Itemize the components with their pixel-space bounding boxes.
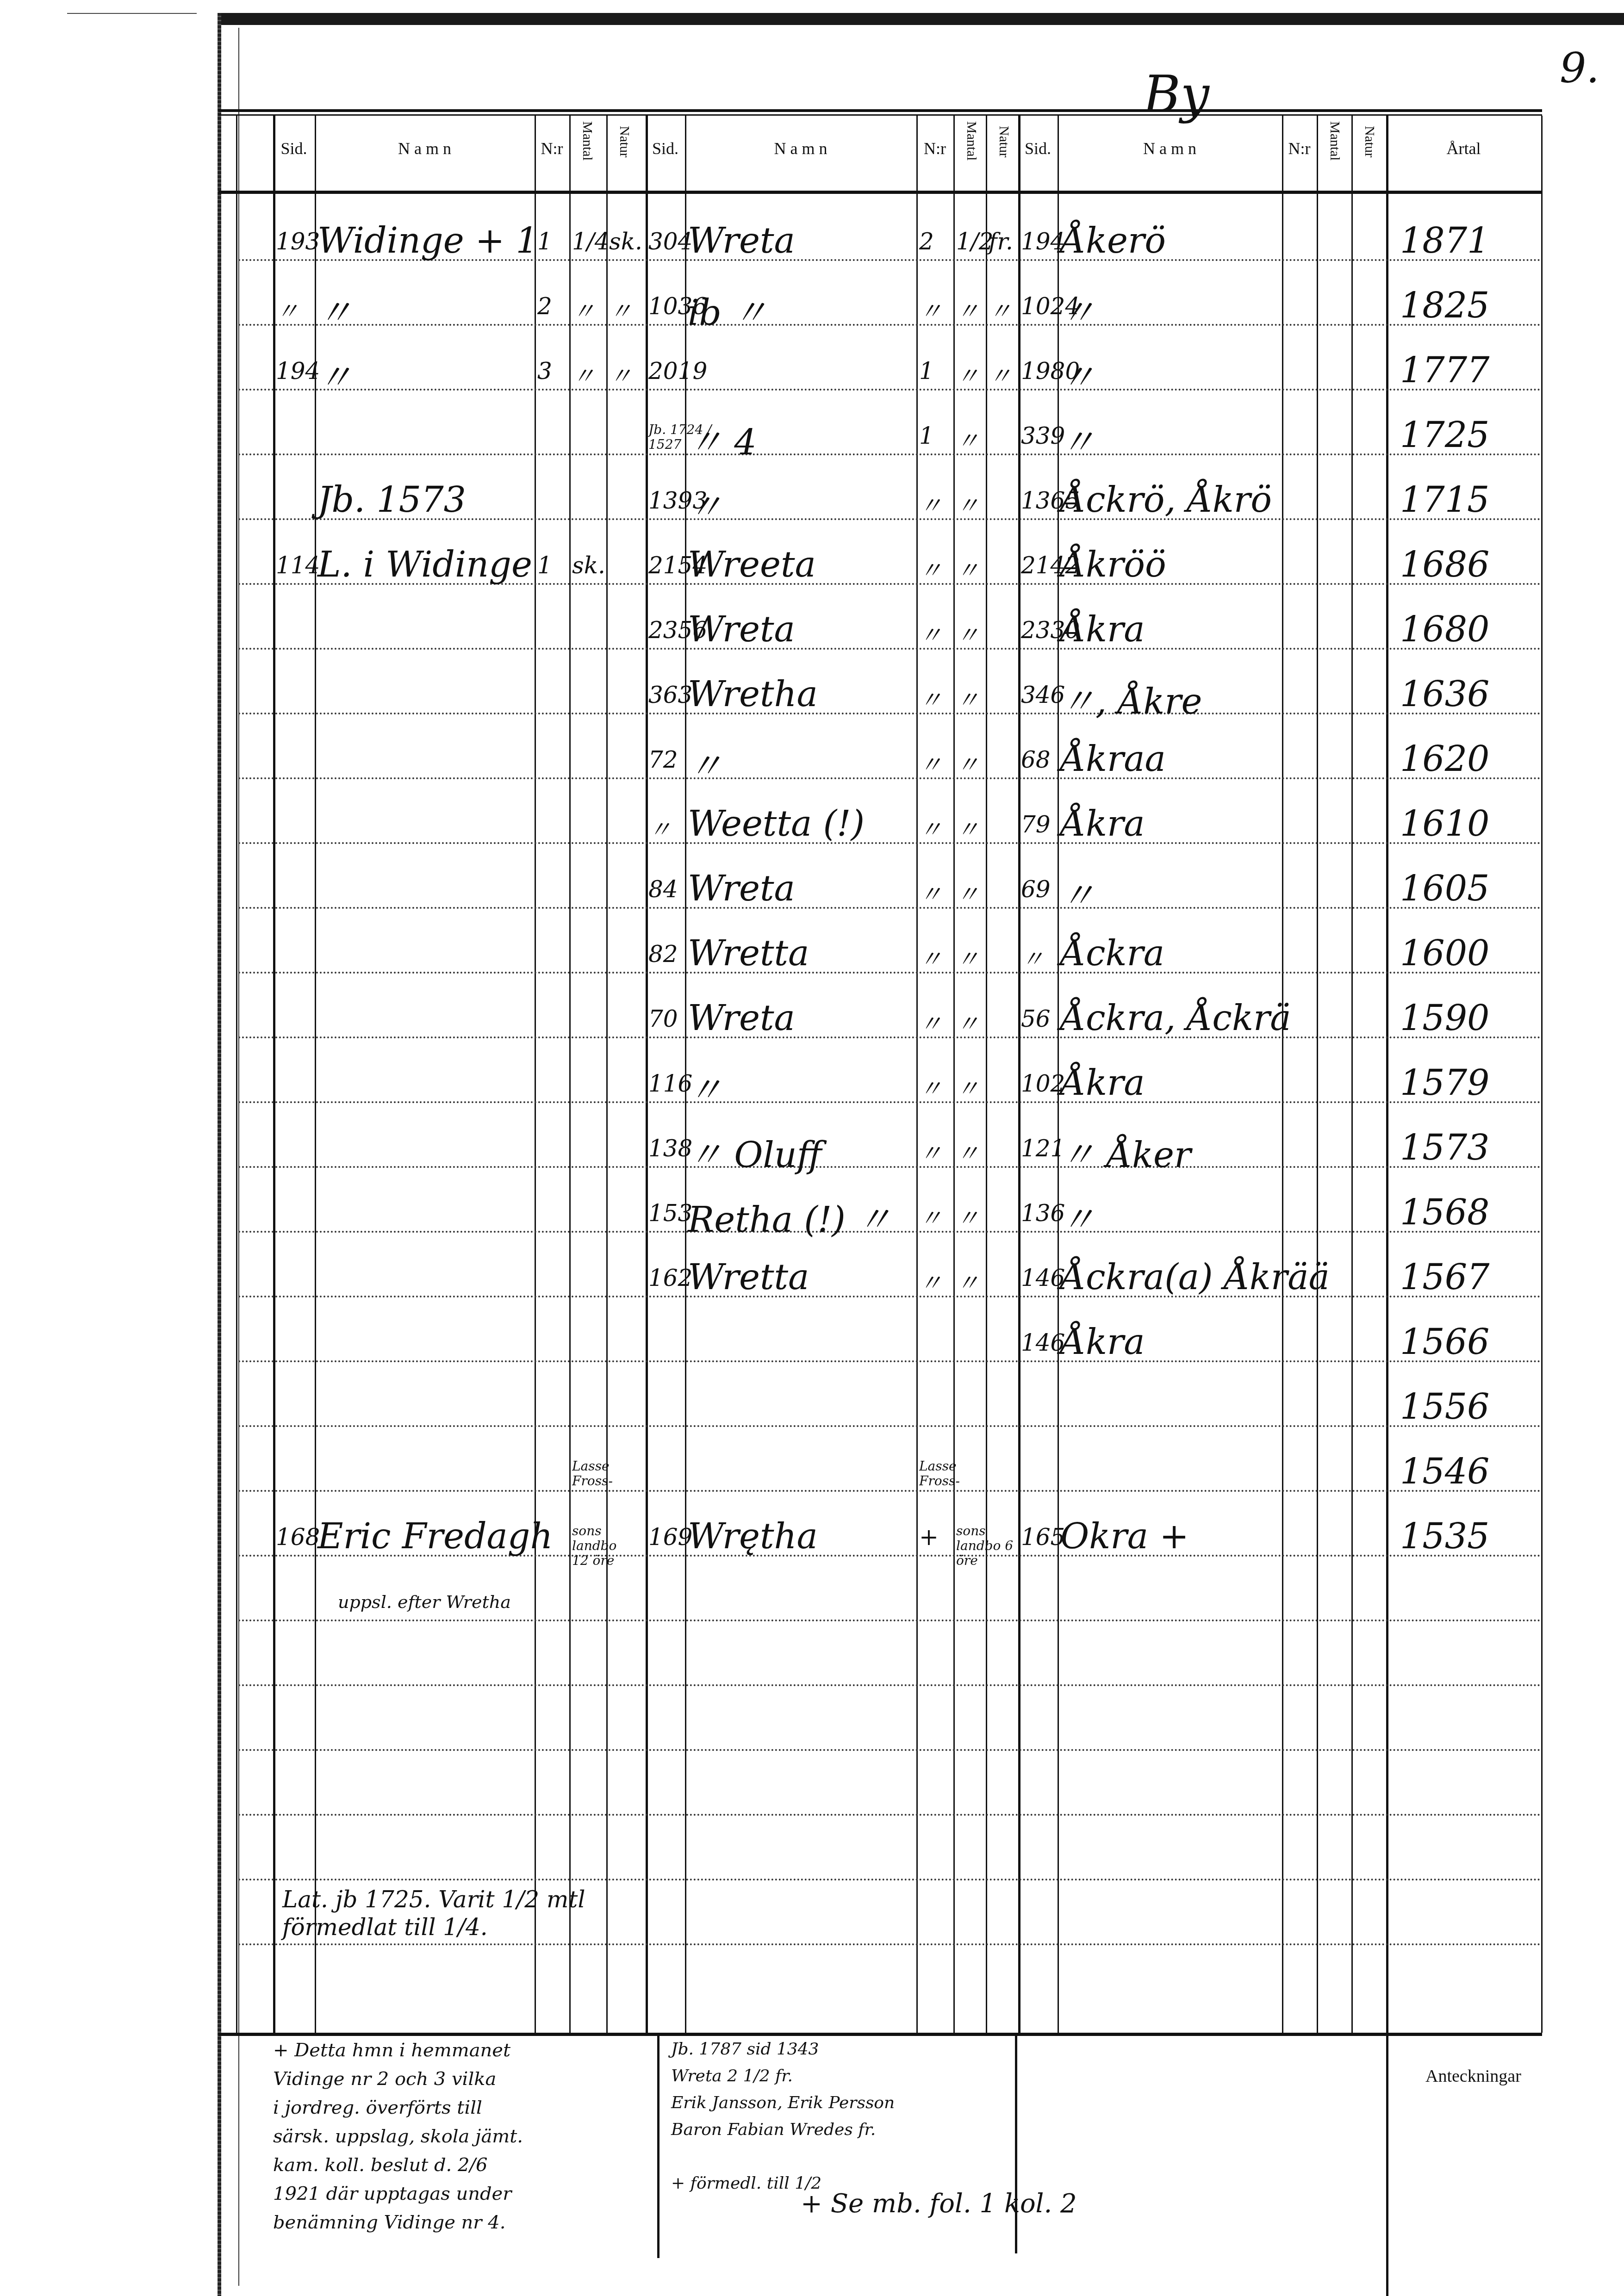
- cell-nr: 〃: [919, 1265, 942, 1298]
- cell-namn: Åkröö: [1060, 544, 1166, 585]
- cell-artal: 1579: [1400, 1062, 1489, 1103]
- note-under-eric: uppsl. efter Wretha: [338, 1592, 511, 1612]
- cell-sid: 363: [648, 682, 692, 708]
- cell-namn: Åckra: [1060, 932, 1164, 974]
- cell-sid: 136: [1021, 1200, 1065, 1227]
- cell-nr: 〃: [919, 617, 942, 650]
- cell-namn: Wreta: [688, 868, 795, 909]
- cell-namn: 〃 Oluff: [688, 1127, 822, 1177]
- cell-natur: 〃: [989, 358, 1012, 391]
- note-middle: Jb. 1787 sid 1343 Wreta 2 1/2 fr. Erik J…: [671, 2036, 895, 2197]
- header-nr: N:r: [1282, 139, 1317, 158]
- margin-rule: [238, 28, 239, 2286]
- column-rule: [1317, 116, 1318, 2033]
- column-rule: [953, 116, 955, 2033]
- cell-sid: 2019: [648, 358, 707, 385]
- cell-nr: 〃: [919, 746, 942, 780]
- row-rule: [238, 1943, 1541, 1945]
- row-rule: [238, 1166, 1541, 1168]
- page-number: 9.: [1560, 44, 1599, 93]
- cell-nr: 3: [537, 358, 552, 385]
- cell-artal: 1610: [1400, 803, 1489, 844]
- cell-sid: 〃: [1021, 941, 1044, 974]
- cell-namn: Jb. 1573: [317, 479, 466, 520]
- page-top-edge: [218, 13, 1624, 25]
- cell-namn: 〃: [1060, 1191, 1095, 1242]
- cell-namn: Okra +: [1060, 1515, 1189, 1557]
- header-mantal: Mantal: [1327, 121, 1343, 161]
- column-rule: [273, 116, 275, 2033]
- cell-natur: sk.: [609, 228, 642, 255]
- column-rule: [535, 116, 536, 2033]
- row-rule: [238, 777, 1541, 779]
- cell-sid: 70: [648, 1005, 678, 1032]
- cell-nr: 1: [537, 552, 552, 579]
- row-rule: [238, 1814, 1541, 1816]
- cell-natur: 〃: [989, 293, 1012, 326]
- cell-namn: Åkerö: [1060, 220, 1166, 261]
- cell-sid: 194: [1021, 228, 1065, 255]
- cell-namn: 〃: [1060, 285, 1095, 335]
- cell-mantal: 〃: [956, 1005, 979, 1039]
- cell-nr: 〃: [919, 876, 942, 909]
- cell-namn: 〃: [1060, 349, 1095, 400]
- cell-namn: Wretta: [688, 932, 809, 974]
- header-rule-top: [218, 109, 1542, 112]
- cell-artal: 1620: [1400, 738, 1489, 779]
- cell-mantal: 〃: [956, 941, 979, 974]
- cell-nr: +: [919, 1524, 939, 1551]
- cell-artal: 1566: [1400, 1321, 1489, 1362]
- column-rule: [1386, 116, 1388, 2033]
- cell-nr: 2: [537, 293, 552, 320]
- row-rule: [238, 1879, 1541, 1880]
- cell-mantal: 1/4: [572, 228, 609, 255]
- cell-sid: 82: [648, 941, 678, 968]
- row-rule: [238, 907, 1541, 909]
- cell-sid: 138: [648, 1135, 692, 1162]
- cell-artal: 1567: [1400, 1256, 1489, 1297]
- page-binding-edge: [218, 13, 221, 2296]
- cell-mantal: 〃: [956, 811, 979, 844]
- cell-mantal: 〃: [956, 617, 979, 650]
- cell-artal: 1777: [1400, 349, 1489, 391]
- cell-nr: Lasse Fross-: [919, 1459, 984, 1489]
- cell-sid: 153: [648, 1200, 692, 1227]
- cell-nr: 〃: [919, 293, 942, 326]
- cell-sid: 56: [1021, 1005, 1051, 1032]
- notes-divider-3: [1386, 2036, 1388, 2296]
- row-rule: [238, 1620, 1541, 1621]
- header-nr: N:r: [535, 139, 569, 158]
- header-namn: N a m n: [315, 139, 535, 158]
- cell-namn: Wrętha: [688, 1515, 818, 1557]
- header-sid: Sid.: [646, 139, 685, 158]
- cell-mantal: 〃: [956, 487, 979, 521]
- cell-namn: Åkraa: [1060, 738, 1166, 779]
- cell-namn: 〃 Åker: [1060, 1127, 1191, 1177]
- cell-sid: 〃: [276, 293, 299, 326]
- cell-mantal: 〃: [956, 422, 979, 456]
- cell-mantal: 〃: [956, 876, 979, 909]
- row-rule: [238, 1425, 1541, 1427]
- column-rule: [646, 116, 648, 2033]
- cell-mantal: 〃: [956, 682, 979, 715]
- cell-natur: 〃: [609, 358, 632, 391]
- cell-namn: Åkra: [1060, 608, 1145, 650]
- notes-divider-1: [657, 2036, 660, 2258]
- cell-nr: 1: [537, 228, 552, 255]
- cell-mantal: 〃: [572, 293, 595, 326]
- cell-namn: Widinge + 1: [317, 220, 538, 261]
- column-rule: [986, 116, 987, 2033]
- cell-artal: 1546: [1400, 1451, 1489, 1492]
- cell-namn: Wreeta: [688, 544, 816, 585]
- cell-namn: ib 〃: [688, 285, 768, 335]
- cell-namn: Eric Fredagh: [317, 1515, 553, 1557]
- row-rule: [238, 1036, 1541, 1038]
- cell-namn: Wreta: [688, 608, 795, 650]
- header-sid: Sid.: [1018, 139, 1058, 158]
- cell-namn: Åckra(a) Åkrää: [1060, 1256, 1330, 1297]
- cell-mantal: 〃: [956, 1135, 979, 1168]
- cell-sid: 168: [276, 1524, 320, 1551]
- cell-nr: 2: [919, 228, 934, 255]
- header-mantal: Mantal: [579, 121, 595, 161]
- cell-namn: 〃: [688, 738, 723, 788]
- cell-namn: 〃: [1060, 868, 1095, 918]
- cell-sid: 169: [648, 1524, 692, 1551]
- cell-nr: 〃: [919, 1005, 942, 1039]
- cell-nr: 〃: [919, 552, 942, 585]
- cell-artal: 1680: [1400, 608, 1489, 650]
- cell-mantal: 〃: [572, 358, 595, 391]
- cell-artal: 1725: [1400, 414, 1489, 455]
- cell-mantal: 〃: [956, 1070, 979, 1104]
- cell-mantal: 〃: [956, 293, 979, 326]
- table-bottom-rule: [218, 2033, 1542, 2036]
- row-rule: [238, 972, 1541, 974]
- cell-sid: 84: [648, 876, 678, 903]
- header-namn: N a m n: [685, 139, 916, 158]
- cell-sid: 146: [1021, 1265, 1065, 1291]
- cell-artal: 1568: [1400, 1191, 1489, 1233]
- cell-sid: 121: [1021, 1135, 1065, 1162]
- cell-mantal: 〃: [956, 1200, 979, 1233]
- cell-artal: 1535: [1400, 1515, 1489, 1557]
- cell-mantal: 〃: [956, 552, 979, 585]
- cell-artal: 1573: [1400, 1127, 1489, 1168]
- row-rule: [238, 648, 1541, 650]
- row-rule: [238, 453, 1541, 455]
- cell-artal: 1600: [1400, 932, 1489, 974]
- cell-artal: 1605: [1400, 868, 1489, 909]
- cell-sid: 146: [1021, 1329, 1065, 1356]
- row-rule: [238, 389, 1541, 391]
- cell-sid: 72: [648, 746, 678, 773]
- cell-namn: Åkra: [1060, 1062, 1145, 1103]
- header-natur: Natur: [1362, 126, 1377, 157]
- cell-nr: 1: [919, 422, 934, 449]
- column-rule: [315, 116, 316, 2033]
- cell-namn: Wretha: [688, 673, 818, 714]
- cell-artal: 1871: [1400, 220, 1489, 261]
- note-see-also: + Se mb. fol. 1 kol. 2: [801, 2189, 1077, 2219]
- cell-namn: 〃, Åkre: [1060, 673, 1202, 724]
- column-rule: [569, 116, 571, 2033]
- cell-namn: 〃: [1060, 414, 1095, 465]
- cell-namn: 〃: [317, 285, 353, 335]
- cell-artal: 1825: [1400, 285, 1489, 326]
- notes-divider-2: [1015, 2036, 1017, 2253]
- cell-artal: 1590: [1400, 997, 1489, 1038]
- row-rule: [238, 1749, 1541, 1751]
- cell-sid: 116: [648, 1070, 692, 1097]
- cell-artal: 1636: [1400, 673, 1489, 714]
- cell-sid: 162: [648, 1265, 692, 1291]
- note-left: + Detta hmn i hemmanet Vidinge nr 2 och …: [273, 2036, 523, 2237]
- cell-mantal: 〃: [956, 746, 979, 780]
- column-rule: [236, 116, 237, 2033]
- cell-sid: 193: [276, 228, 320, 255]
- cell-namn: 〃: [688, 479, 723, 529]
- cell-sid: 68: [1021, 746, 1051, 773]
- row-rule: [238, 1684, 1541, 1686]
- cell-namn: Åkra: [1060, 1321, 1145, 1362]
- cell-sid: 194: [276, 358, 320, 385]
- cell-sid: 79: [1021, 811, 1051, 838]
- cell-mantal: sons landbo 6 öre: [956, 1524, 1016, 1568]
- cell-sid: 165: [1021, 1524, 1065, 1551]
- cell-sid: 〃: [648, 811, 672, 844]
- footnote-row-note: Lat. jb 1725. Varit 1/2 mtl förmedlat ti…: [282, 1886, 653, 1941]
- cell-namn: Wreta: [688, 997, 795, 1038]
- column-rule: [1351, 116, 1353, 2033]
- cell-namn: Åckrö, Åkrö: [1060, 479, 1272, 520]
- cell-nr: 〃: [919, 1070, 942, 1104]
- cell-namn: 〃 4: [688, 414, 757, 465]
- cell-namn: L. i Widinge: [317, 544, 532, 585]
- cell-nr: 1: [919, 358, 934, 385]
- column-rule: [606, 116, 608, 2033]
- cell-natur: 〃: [609, 293, 632, 326]
- cell-namn: Weetta (!): [688, 803, 865, 844]
- cell-artal: 1556: [1400, 1386, 1489, 1427]
- cell-namn: Wreta: [688, 220, 795, 261]
- cell-sid: 339: [1021, 422, 1065, 449]
- column-rule: [916, 116, 918, 2033]
- cell-sid: 304: [648, 228, 692, 255]
- cell-sid: 346: [1021, 682, 1065, 708]
- row-rule: [238, 1490, 1541, 1492]
- column-rule: [1018, 116, 1020, 2033]
- cell-mantal: 〃: [956, 1265, 979, 1298]
- cell-artal: 1715: [1400, 479, 1489, 520]
- header-namn: N a m n: [1058, 139, 1282, 158]
- cell-namn: Åkra: [1060, 803, 1145, 844]
- cell-namn: Åckra, Åckrä: [1060, 997, 1291, 1038]
- row-rule: [238, 842, 1541, 844]
- row-rule: [238, 1101, 1541, 1103]
- row-rule: [238, 1360, 1541, 1362]
- header-natur: Natur: [616, 126, 632, 157]
- header-rule-bottom: [218, 191, 1542, 194]
- header-mantal: Mantal: [964, 121, 979, 161]
- cell-nr: 〃: [919, 811, 942, 844]
- column-rule: [1541, 116, 1543, 2033]
- cell-artal: 1686: [1400, 544, 1489, 585]
- header-sid: Sid.: [273, 139, 315, 158]
- cell-nr: 〃: [919, 1200, 942, 1233]
- cell-nr: 〃: [919, 941, 942, 974]
- header-artal: Årtal: [1386, 139, 1541, 158]
- cell-sid: 102: [1021, 1070, 1065, 1097]
- header-rule-top-2: [218, 114, 1542, 116]
- cell-nr: 〃: [919, 1135, 942, 1168]
- anteckningar-label: Anteckningar: [1425, 2066, 1521, 2086]
- cell-sid: 114: [276, 552, 320, 579]
- cell-nr: 〃: [919, 682, 942, 715]
- cell-sid: 69: [1021, 876, 1051, 903]
- column-rule: [1282, 116, 1283, 2033]
- row-rule: [238, 1296, 1541, 1297]
- cell-namn: Wretta: [688, 1256, 809, 1297]
- cell-namn: 〃: [317, 349, 353, 400]
- cell-namn: 〃: [688, 1062, 723, 1112]
- cell-mantal: sons landbo 12 öre: [572, 1524, 637, 1568]
- cell-mantal: 1/2: [956, 228, 993, 255]
- cell-mantal: Lasse Fross-: [572, 1459, 637, 1489]
- cell-mantal: sk.: [572, 552, 605, 579]
- cell-natur: fr.: [989, 228, 1013, 255]
- cell-nr: 〃: [919, 487, 942, 521]
- cell-mantal: 〃: [956, 358, 979, 391]
- row-rule: [238, 324, 1541, 326]
- scan-artifact-line: [67, 13, 197, 14]
- header-nr: N:r: [916, 139, 953, 158]
- row-rule: [238, 713, 1541, 714]
- header-natur: Natur: [996, 126, 1012, 157]
- cell-namn: Retha (!) 〃: [688, 1191, 892, 1242]
